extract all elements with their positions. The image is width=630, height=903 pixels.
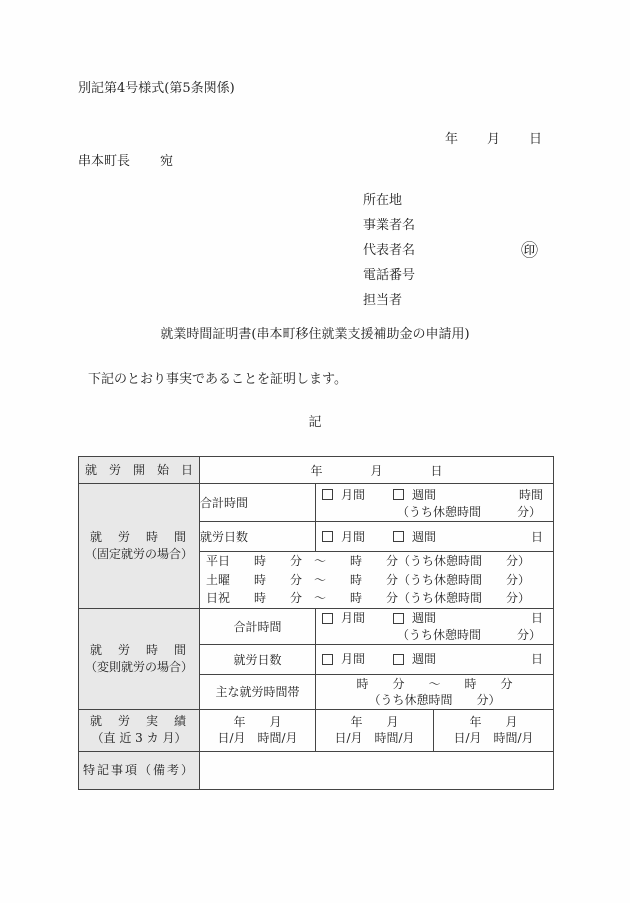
fixed-total-weekly-option: 週間 <box>393 486 436 504</box>
fixed-total-monthly-option: 月間 <box>322 486 365 504</box>
irregular-total-weekly-option: 週間 <box>393 609 436 627</box>
checkbox-icon <box>393 654 404 665</box>
start-date-label: 就 労 開 始 日 <box>79 457 200 484</box>
irregular-days-unit: 日 <box>531 650 543 668</box>
record-marker: 記 <box>0 411 630 430</box>
table-row-fixed-total: 就 労 時 間 （固定就労の場合） 合計時間 月間 週間 時間 （うち休憩時間 <box>79 484 554 522</box>
fixed-schedule-saturday: 土曜 時 分 ～ 時 分（うち休憩時間 分） <box>200 571 553 590</box>
sender-address-label: 所在地 <box>363 188 415 213</box>
table-row-start-date: 就 労 開 始 日 年 月 日 <box>79 457 554 484</box>
certify-statement: 下記のとおり事実であることを証明します。 <box>88 368 347 387</box>
document-page: 別記第4号様式(第5条関係) 年 月 日 串本町長宛 所在地 事業者名 代表者名… <box>0 0 630 903</box>
checkbox-icon <box>322 613 333 624</box>
page-title: 就業時間証明書(串本町移住就業支援補助金の申請用) <box>0 323 630 342</box>
irregular-total-break-note: （うち休憩時間 分） <box>316 627 553 643</box>
record-group-header: 就 労 実 績 （直 近 3 カ 月） <box>79 709 200 751</box>
fixed-schedule-weekday: 平日 時 分 ～ 時 分（うち休憩時間 分） <box>200 552 553 571</box>
addressee-name: 串本町長 <box>78 154 130 169</box>
irregular-total-monthly-option: 月間 <box>322 609 365 627</box>
irregular-days-weekly-option: 週間 <box>393 650 436 668</box>
sender-contact-label: 担当者 <box>363 288 415 313</box>
fixed-days-unit: 日 <box>531 528 543 546</box>
record-month1-cell: 年 月 日/月 時間/月 <box>200 709 316 751</box>
checkbox-icon <box>322 531 333 542</box>
fixed-total-cell: 月間 週間 時間 （うち休憩時間 分） <box>316 484 554 522</box>
irregular-main-cell: 時 分 ～ 時 分 （うち休憩時間 分） <box>316 674 554 709</box>
notes-value-cell <box>200 751 554 789</box>
fixed-days-label: 就労日数 <box>200 522 316 552</box>
addressee-line: 串本町長宛 <box>78 150 173 169</box>
sender-representative-label: 代表者名 ㊞ <box>363 238 415 263</box>
sender-business-label: 事業者名 <box>363 213 415 238</box>
checkbox-icon <box>393 531 404 542</box>
table-row-work-record: 就 労 実 績 （直 近 3 カ 月） 年 月 日/月 時間/月 年 月 日/月… <box>79 709 554 751</box>
irregular-days-label: 就労日数 <box>200 644 316 674</box>
irregular-main-break-note: （うち休憩時間 分） <box>316 692 553 708</box>
checkbox-icon <box>393 489 404 500</box>
seal-icon: ㊞ <box>521 239 538 264</box>
fixed-days-weekly-option: 週間 <box>393 528 436 546</box>
record-month3-cell: 年 月 日/月 時間/月 <box>434 709 554 751</box>
record-month2-cell: 年 月 日/月 時間/月 <box>316 709 434 751</box>
fixed-total-label: 合計時間 <box>200 484 316 522</box>
checkbox-icon <box>393 613 404 624</box>
irregular-total-label: 合計時間 <box>200 608 316 644</box>
irregular-days-cell: 月間 週間 日 <box>316 644 554 674</box>
irregular-main-hours: 時 分 ～ 時 分 <box>316 676 553 692</box>
notes-label: 特記事項（備考） <box>79 751 200 789</box>
checkbox-icon <box>322 654 333 665</box>
checkbox-icon <box>322 489 333 500</box>
date-line: 年 月 日 <box>445 128 543 147</box>
irregular-days-monthly-option: 月間 <box>322 650 365 668</box>
irregular-main-label: 主な就労時間帯 <box>200 674 316 709</box>
fixed-schedule-holiday: 日祝 時 分 ～ 時 分（うち休憩時間 分） <box>200 589 553 608</box>
fixed-group-header: 就 労 時 間 （固定就労の場合） <box>79 484 200 609</box>
sender-block: 所在地 事業者名 代表者名 ㊞ 電話番号 担当者 <box>363 188 415 313</box>
employment-hours-table: 就 労 開 始 日 年 月 日 就 労 時 間 （固定就労の場合） 合計時間 月… <box>78 456 554 790</box>
fixed-schedule-cell: 平日 時 分 ～ 時 分（うち休憩時間 分） 土曜 時 分 ～ 時 分（うち休憩… <box>200 552 554 609</box>
table-row-irregular-total: 就 労 時 間 （変則就労の場合） 合計時間 月間 週間 日 （うち休憩時間 分 <box>79 608 554 644</box>
irregular-total-unit: 日 <box>531 609 543 627</box>
fixed-total-unit: 時間 <box>519 486 543 504</box>
start-date-value: 年 月 日 <box>200 457 554 484</box>
form-number: 別記第4号様式(第5条関係) <box>78 77 235 96</box>
fixed-total-break-note: （うち休憩時間 分） <box>316 504 553 520</box>
fixed-days-monthly-option: 月間 <box>322 528 365 546</box>
addressee-suffix: 宛 <box>160 154 173 169</box>
fixed-days-cell: 月間 週間 日 <box>316 522 554 552</box>
sender-phone-label: 電話番号 <box>363 263 415 288</box>
irregular-total-cell: 月間 週間 日 （うち休憩時間 分） <box>316 608 554 644</box>
table-row-notes: 特記事項（備考） <box>79 751 554 789</box>
irregular-group-header: 就 労 時 間 （変則就労の場合） <box>79 608 200 709</box>
